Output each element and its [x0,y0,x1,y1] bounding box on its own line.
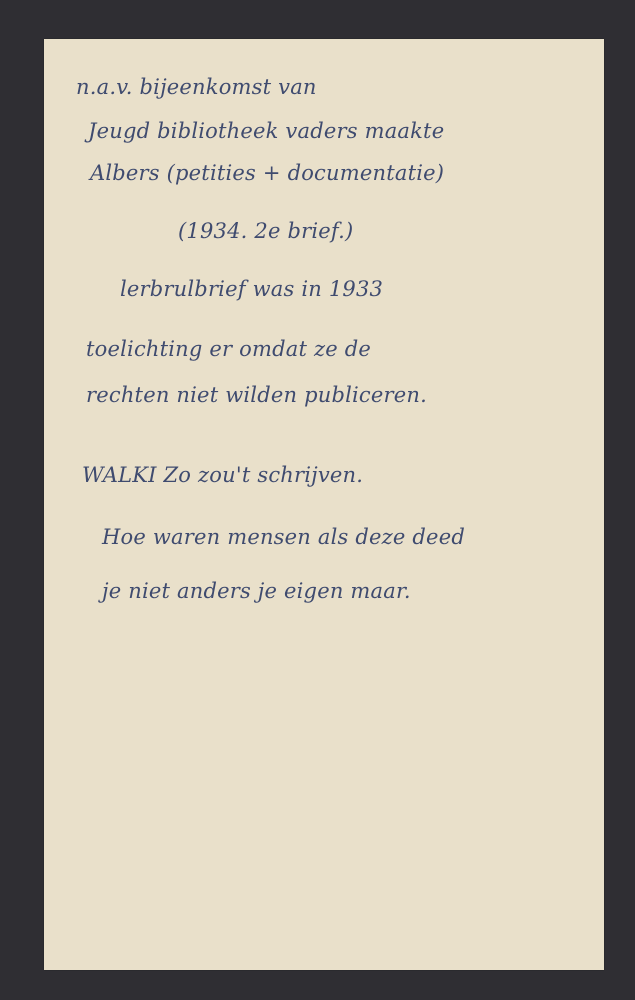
handwritten-line-7: rechten niet wilden publiceren. [86,383,427,407]
handwritten-line-9: Hoe waren mensen als deze deed [102,525,465,549]
handwritten-line-5: lerbrulbrief was in 1933 [120,277,383,301]
handwritten-line-3: Albers (petities + documentatie) [90,161,444,185]
handwritten-line-10: je niet anders je eigen maar. [102,579,411,603]
note-paper: n.a.v. bijeenkomst van Jeugd bibliotheek… [44,39,604,970]
handwritten-line-8: WALKI Zo zou't schrijven. [82,463,363,487]
handwritten-line-4: (1934. 2e brief.) [178,219,353,243]
handwritten-line-1: n.a.v. bijeenkomst van [76,75,317,99]
handwritten-line-2: Jeugd bibliotheek vaders maakte [88,119,444,143]
handwritten-line-6: toelichting er omdat ze de [86,337,371,361]
